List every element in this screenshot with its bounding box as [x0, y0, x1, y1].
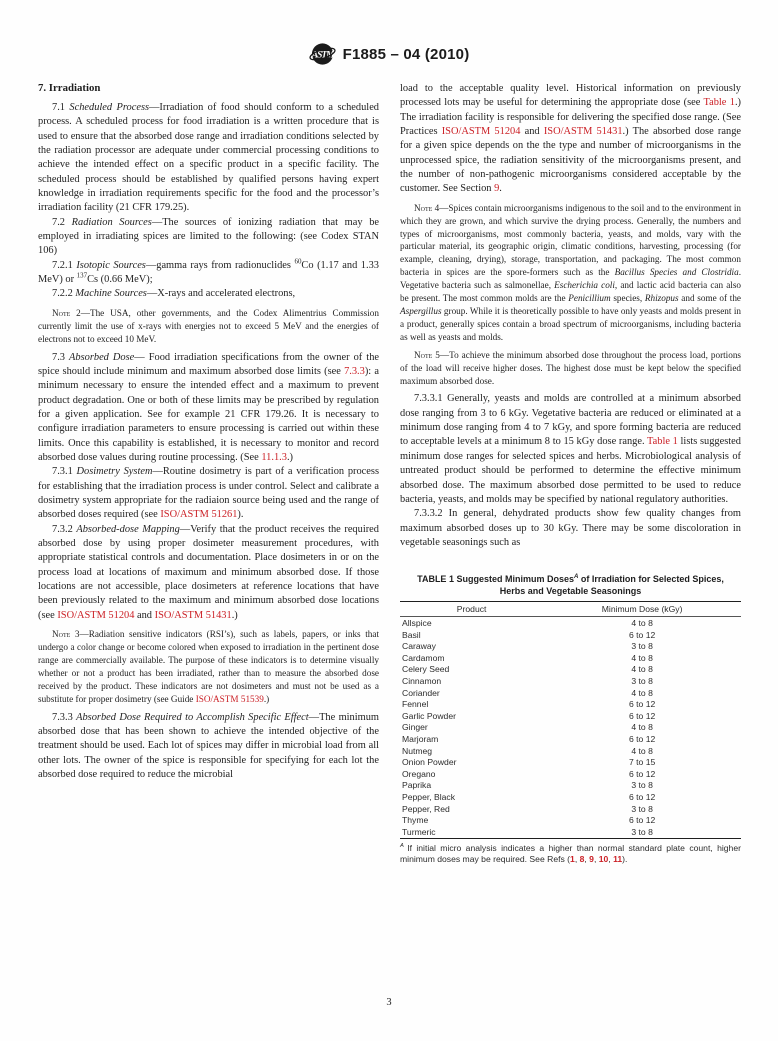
text-segment: Note 5 [414, 350, 440, 360]
cross-reference-link[interactable]: ISO/ASTM 51431 [155, 610, 232, 621]
text-segment: .) [264, 694, 269, 704]
minimum-dose-cell: 6 to 12 [543, 814, 741, 826]
document-title: F1885 – 04 (2010) [343, 46, 470, 63]
text-segment: group. While it is theoretically possibl… [400, 306, 741, 342]
text-segment: —To achieve the minimum absorbed dose th… [400, 350, 741, 386]
text-segment: 7.3.1 [52, 466, 77, 477]
text-segment: .) [287, 452, 293, 463]
cross-reference-link[interactable]: ISO/ASTM 51539 [196, 694, 264, 704]
text-segment: Dosimetry System [77, 466, 153, 477]
table-row: Pepper, Black6 to 12 [400, 791, 741, 803]
text-segment: Note 4 [414, 203, 439, 213]
column-header-product: Product [400, 602, 543, 617]
text-segment: —Verify that the product receives the re… [38, 524, 379, 621]
document-header: ASTM F1885 – 04 (2010) [0, 41, 778, 67]
product-cell: Paprika [400, 780, 543, 792]
text-segment: and [520, 126, 543, 137]
column-header-minimum-dose: Minimum Dose (kGy) [543, 602, 741, 617]
table-row: Paprika3 to 8 [400, 780, 741, 792]
text-segment: Absorbed Dose Required to Accomplish Spe… [76, 712, 309, 723]
table-header-row: Product Minimum Dose (kGy) [400, 602, 741, 617]
text-segment: 7.2.1 [52, 260, 76, 271]
cross-reference-link[interactable]: 7.3.3 [344, 366, 365, 377]
text-segment: Scheduled Process [69, 102, 149, 113]
minimum-dose-cell: 6 to 12 [543, 710, 741, 722]
product-cell: Turmeric [400, 826, 543, 838]
text-segment: 7.3 [52, 352, 69, 363]
product-cell: Marjoram [400, 733, 543, 745]
para-7-3-3: 7.3.3 Absorbed Dose Required to Accompli… [38, 711, 379, 783]
text-segment: —The USA, other governments, and the Cod… [38, 308, 379, 344]
section-7-heading: 7. Irradiation [38, 82, 379, 94]
cross-reference-link[interactable]: Table 1 [703, 97, 734, 108]
text-segment: Cs (0.66 MeV); [87, 274, 153, 285]
minimum-dose-cell: 4 to 8 [543, 687, 741, 699]
product-cell: Pepper, Red [400, 803, 543, 815]
cross-reference-link[interactable]: ISO/ASTM 51431 [544, 126, 623, 137]
minimum-dose-cell: 3 to 8 [543, 803, 741, 815]
minimum-dose-cell: 4 to 8 [543, 617, 741, 629]
text-segment: —Irradiation of food should conform to a… [38, 102, 379, 213]
document-page: ASTM F1885 – 04 (2010) 7. Irradiation7.1… [0, 0, 778, 1041]
cross-reference-link[interactable]: 11.1.3 [261, 452, 287, 463]
table-1-grid: Product Minimum Dose (kGy) Allspice4 to … [400, 601, 741, 838]
table-row: Marjoram6 to 12 [400, 733, 741, 745]
minimum-dose-cell: 3 to 8 [543, 640, 741, 652]
text-segment: Escherichia coli [554, 280, 615, 290]
minimum-dose-cell: 3 to 8 [543, 780, 741, 792]
text-segment: TABLE 1 Suggested Minimum Doses [417, 574, 574, 584]
cross-reference-link[interactable]: 10 [599, 854, 609, 864]
table-row: Nutmeg4 to 8 [400, 745, 741, 757]
cross-reference-link[interactable]: ISO/ASTM 51204 [57, 610, 134, 621]
table-1-title: TABLE 1 Suggested Minimum DosesA of Irra… [404, 574, 737, 597]
table-row: Turmeric3 to 8 [400, 826, 741, 838]
table-row: Thyme6 to 12 [400, 814, 741, 826]
cross-reference-link[interactable]: 11 [613, 854, 622, 864]
cross-reference-link[interactable]: ISO/ASTM 51204 [442, 126, 521, 137]
para-7-3-1: 7.3.1 Dosimetry System—Routine dosimetry… [38, 465, 379, 522]
text-segment: Radiation Sources [72, 217, 152, 228]
text-segment: Rhizopus [645, 293, 679, 303]
table-row: Cinnamon3 to 8 [400, 675, 741, 687]
minimum-dose-cell: 6 to 12 [543, 629, 741, 641]
para-7-3-3-2: 7.3.3.2 In general, dehydrated products … [400, 507, 741, 550]
table-row: Allspice4 to 8 [400, 617, 741, 629]
text-segment: ): a minimum necessary to ensure the int… [38, 366, 379, 463]
minimum-dose-cell: 4 to 8 [543, 745, 741, 757]
para-7-3-3-continued: load to the acceptable quality level. Hi… [400, 82, 741, 197]
product-cell: Cardamom [400, 652, 543, 664]
text-segment: Note 2 [52, 308, 81, 318]
table-row: Pepper, Red3 to 8 [400, 803, 741, 815]
text-segment: —Radiation sensitive indicators (RSI’s),… [38, 629, 379, 704]
product-cell: Pepper, Black [400, 791, 543, 803]
minimum-dose-cell: 3 to 8 [543, 675, 741, 687]
text-segment: Aspergillus [400, 306, 442, 316]
minimum-dose-cell: 6 to 12 [543, 698, 741, 710]
note-5: Note 5—To achieve the minimum absorbed d… [400, 349, 741, 388]
text-segment: 7. Irradiation [38, 82, 100, 94]
cross-reference-link[interactable]: Table 1 [647, 436, 678, 447]
product-cell: Coriander [400, 687, 543, 699]
table-row: Coriander4 to 8 [400, 687, 741, 699]
note-3: Note 3—Radiation sensitive indicators (R… [38, 628, 379, 705]
para-7-2-1: 7.2.1 Isotopic Sources—gamma rays from r… [38, 259, 379, 288]
product-cell: Ginger [400, 722, 543, 734]
text-segment: 7.1 [52, 102, 69, 113]
table-row: Ginger4 to 8 [400, 722, 741, 734]
cross-reference-link[interactable]: ISO/ASTM 51261 [160, 509, 237, 520]
page-number: 3 [0, 997, 778, 1008]
para-7-2: 7.2 Radiation Sources—The sources of ion… [38, 216, 379, 259]
product-cell: Thyme [400, 814, 543, 826]
table-row: Garlic Powder6 to 12 [400, 710, 741, 722]
table-row: Fennel6 to 12 [400, 698, 741, 710]
para-7-3-3-1: 7.3.3.1 Generally, yeasts and molds are … [400, 392, 741, 507]
para-7-3: 7.3 Absorbed Dose— Food irradiation spec… [38, 351, 379, 466]
table-row: Oregano6 to 12 [400, 768, 741, 780]
table-row: Caraway3 to 8 [400, 640, 741, 652]
table-row: Onion Powder7 to 15 [400, 756, 741, 768]
product-cell: Basil [400, 629, 543, 641]
text-segment: 7.3.2 [52, 524, 76, 535]
table-row: Celery Seed4 to 8 [400, 664, 741, 676]
product-cell: Garlic Powder [400, 710, 543, 722]
text-segment: Machine Sources [75, 288, 146, 299]
right-column: load to the acceptable quality level. Hi… [400, 82, 741, 865]
note-2: Note 2—The USA, other governments, and t… [38, 307, 379, 346]
text-segment: 137 [77, 272, 87, 280]
text-segment: and some of the [679, 293, 741, 303]
text-segment: 7.3.3.2 In general, dehydrated products … [400, 508, 741, 548]
table-1: TABLE 1 Suggested Minimum DosesA of Irra… [400, 574, 741, 865]
minimum-dose-cell: 6 to 12 [543, 733, 741, 745]
text-segment: Absorbed Dose [69, 352, 134, 363]
para-7-2-2: 7.2.2 Machine Sources—X-rays and acceler… [38, 287, 379, 301]
note-4: Note 4—Spices contain microorganisms ind… [400, 202, 741, 344]
text-segment: .) [232, 610, 238, 621]
minimum-dose-cell: 7 to 15 [543, 756, 741, 768]
table-1-footnote: A If initial micro analysis indicates a … [400, 843, 741, 866]
minimum-dose-cell: 6 to 12 [543, 768, 741, 780]
left-column: 7. Irradiation7.1 Scheduled Process—Irra… [38, 82, 379, 865]
product-cell: Oregano [400, 768, 543, 780]
minimum-dose-cell: 6 to 12 [543, 791, 741, 803]
product-cell: Nutmeg [400, 745, 543, 757]
text-segment: —gamma rays from radionuclides [146, 260, 295, 271]
text-segment: species, [611, 293, 645, 303]
product-cell: Onion Powder [400, 756, 543, 768]
product-cell: Cinnamon [400, 675, 543, 687]
minimum-dose-cell: 4 to 8 [543, 722, 741, 734]
para-7-1: 7.1 Scheduled Process—Irradiation of foo… [38, 101, 379, 216]
astm-logo-icon: ASTM [309, 41, 336, 67]
text-segment: Note 3 [52, 629, 80, 639]
text-segment: ). [237, 509, 243, 520]
minimum-dose-cell: 3 to 8 [543, 826, 741, 838]
text-segment: —X-rays and accelerated electrons, [147, 288, 295, 299]
minimum-dose-cell: 4 to 8 [543, 664, 741, 676]
table-row: Basil6 to 12 [400, 629, 741, 641]
text-segment: Isotopic Sources [76, 260, 146, 271]
product-cell: Celery Seed [400, 664, 543, 676]
para-7-3-2: 7.3.2 Absorbed-dose Mapping—Verify that … [38, 523, 379, 623]
product-cell: Allspice [400, 617, 543, 629]
table-row: Cardamom4 to 8 [400, 652, 741, 664]
text-segment: load to the acceptable quality level. Hi… [400, 83, 741, 108]
product-cell: Fennel [400, 698, 543, 710]
text-segment: 7.2 [52, 217, 72, 228]
product-cell: Caraway [400, 640, 543, 652]
text-segment: Bacillus Species and Clostridia [615, 267, 739, 277]
text-segment: 7.3.3 [52, 712, 76, 723]
two-column-body: 7. Irradiation7.1 Scheduled Process—Irra… [38, 82, 741, 865]
text-segment: Absorbed-dose Mapping [76, 524, 179, 535]
text-segment: 7.2.2 [52, 288, 75, 299]
text-segment: Penicillium [568, 293, 610, 303]
minimum-dose-cell: 4 to 8 [543, 652, 741, 664]
text-segment: ). [622, 854, 627, 864]
text-segment: . [499, 183, 502, 194]
text-segment: and [134, 610, 154, 621]
